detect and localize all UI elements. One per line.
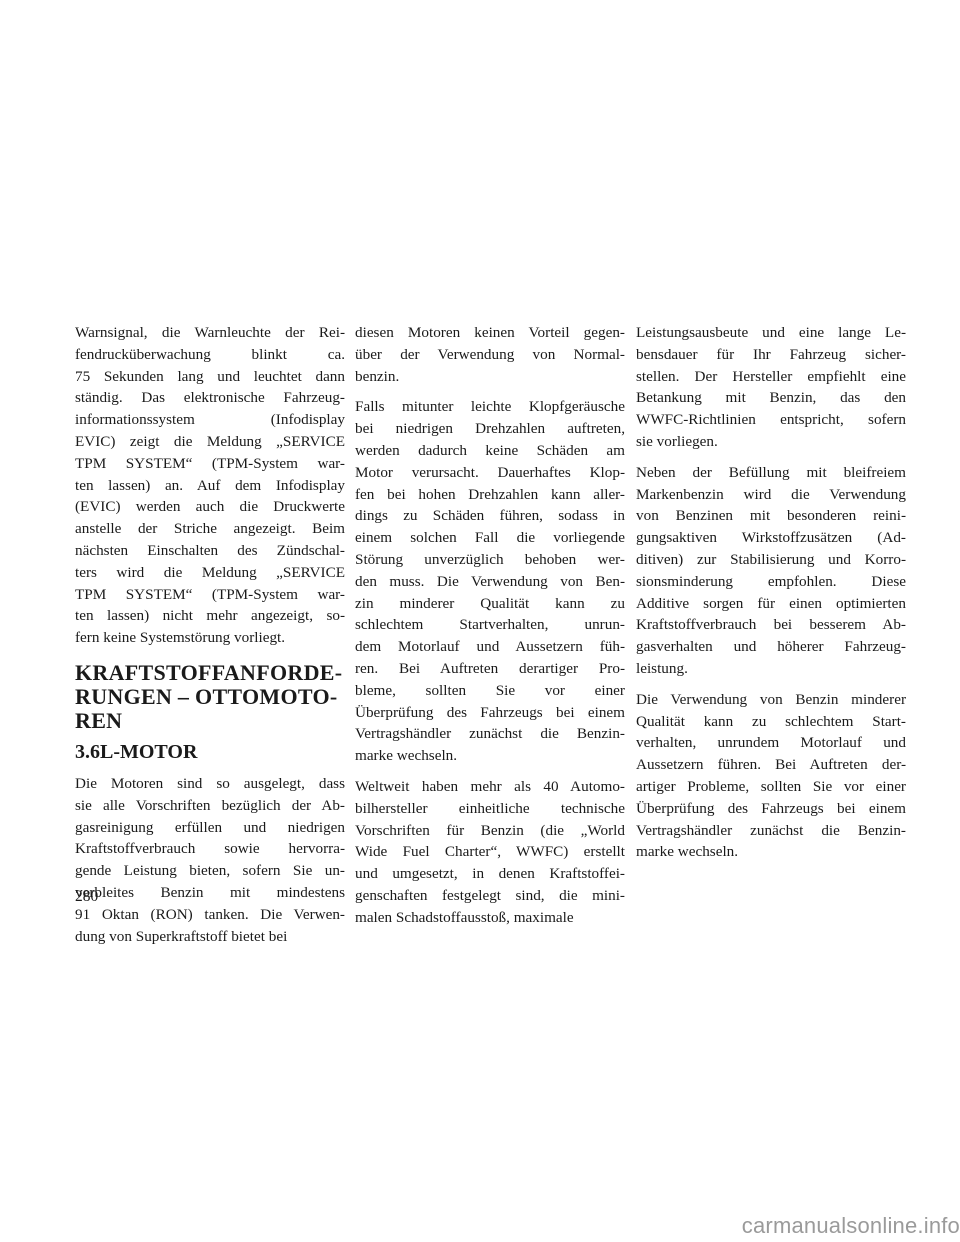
text-line: ditiven) zur Stabilisierung und Korro- [636, 549, 906, 571]
text-line: ten lassen) an. Auf dem Infodisplay [75, 475, 345, 497]
text-line: Die Motoren sind so ausgelegt, dass [75, 773, 345, 795]
text-line: dung von Superkraftstoff bietet bei [75, 926, 345, 948]
paragraph-wwfc: Weltweit haben mehr als 40 Automo-bilher… [355, 776, 625, 929]
text-line: gasverhalten und höherer Fahrzeug- [636, 636, 906, 658]
text-line: Aussetzern führen. Bei Auftreten der- [636, 754, 906, 776]
text-line: Überprüfung des Fahrzeugs bei einem [636, 798, 906, 820]
text-line: TPM SYSTEM“ (TPM-System war- [75, 453, 345, 475]
text-line: fern keine Systemstörung vorliegt. [75, 627, 345, 649]
paragraph-additives: Neben der Befüllung mit bleifreiemMarken… [636, 462, 906, 680]
text-line: dings zu Schäden führen, sodass in [355, 505, 625, 527]
text-line: Additive sorgen für einen optimierten [636, 593, 906, 615]
text-line: nächsten Einschalten des Zündschal- [75, 540, 345, 562]
paragraph-low-quality-fuel: Die Verwendung von Benzin mindererQualit… [636, 689, 906, 863]
text-line: Vorschriften für Benzin (die „World [355, 820, 625, 842]
text-line: werden dadurch keine Schäden am [355, 440, 625, 462]
text-line: gungsaktiven Wirkstoffzusätzen (Ad- [636, 527, 906, 549]
text-line: und umgesetzt, in denen Kraftstoffei- [355, 863, 625, 885]
text-line: anstelle der Striche angezeigt. Beim [75, 518, 345, 540]
text-line: KRAFTSTOFFANFORDE- [75, 661, 345, 685]
text-line: 91 Oktan (RON) tanken. Die Verwen- [75, 904, 345, 926]
text-line: genschaften festgelegt sind, die mini- [355, 885, 625, 907]
text-line: den muss. Die Verwendung von Ben- [355, 571, 625, 593]
page-number: 280 [75, 887, 98, 907]
text-line: einem solchen Fall die vorliegende [355, 527, 625, 549]
text-line: Weltweit haben mehr als 40 Automo- [355, 776, 625, 798]
text-line: dem Motorlauf und Aussetzern füh- [355, 636, 625, 658]
text-line: artiger Probleme, sollten Sie vor einer [636, 776, 906, 798]
text-line: fen bei hohen Drehzahlen kann aller- [355, 484, 625, 506]
text-line: Kraftstoffverbrauch bei besserem Ab- [636, 614, 906, 636]
text-line: WWFC-Richtlinien entspricht, sofern [636, 409, 906, 431]
text-line: Warnsignal, die Warnleuchte der Rei- [75, 322, 345, 344]
watermark-link[interactable]: carmanualsonline.info [742, 1213, 960, 1239]
paragraph-engine-design: Die Motoren sind so ausgelegt, dasssie a… [75, 773, 345, 947]
text-line: über der Verwendung von Normal- [355, 344, 625, 366]
text-line: verbleites Benzin mit mindestens [75, 882, 345, 904]
text-line: stellen. Der Hersteller empfiehlt eine [636, 366, 906, 388]
text-line: schlechtem Startverhalten, unrun- [355, 614, 625, 636]
text-line: Leistungsausbeute und eine lange Le- [636, 322, 906, 344]
text-line: bleme, sollten Sie vor einer [355, 680, 625, 702]
text-line: sionsminderung empfohlen. Diese [636, 571, 906, 593]
subheading-engine: 3.6L-MOTOR [75, 741, 345, 763]
text-line: Qualität kann zu schlechtem Start- [636, 711, 906, 733]
text-line: Kraftstoffverbrauch sowie hervorra- [75, 838, 345, 860]
text-line: Vertragshändler zunächst die Benzin- [636, 820, 906, 842]
text-line: bei niedrigen Drehzahlen auftreten, [355, 418, 625, 440]
text-line: Die Verwendung von Benzin minderer [636, 689, 906, 711]
text-line: von Benzinen mit besonderen reini- [636, 505, 906, 527]
paragraph-premium-fuel: diesen Motoren keinen Vorteil gegen-über… [355, 322, 625, 387]
text-line: Markenbenzin wird die Verwendung [636, 484, 906, 506]
text-line: marke wechseln. [355, 745, 625, 767]
paragraph-tpm-warning: Warnsignal, die Warnleuchte der Rei-fend… [75, 322, 345, 649]
text-line: bensdauer für Ihr Fahrzeug sicher- [636, 344, 906, 366]
text-line: RUNGEN – OTTOMOTO- [75, 685, 345, 709]
text-line: Überprüfung des Fahrzeugs bei einem [355, 702, 625, 724]
text-line: Vertragshändler zunächst die Benzin- [355, 723, 625, 745]
text-line: ten lassen) nicht mehr angezeigt, so- [75, 605, 345, 627]
text-line: malen Schadstoffausstoß, maximale [355, 907, 625, 929]
text-line: Wide Fuel Charter“, WWFC) erstellt [355, 841, 625, 863]
text-line: EVIC) zeigt die Meldung „SERVICE [75, 431, 345, 453]
section-heading-fuel-requirements: KRAFTSTOFFANFORDE-RUNGEN – OTTOMOTO-REN [75, 661, 345, 733]
text-line: verhalten, unrundem Motorlauf und [636, 732, 906, 754]
text-line: Motor verursacht. Dauerhaftes Klop- [355, 462, 625, 484]
text-line: 75 Sekunden lang und leuchtet dann [75, 366, 345, 388]
text-line: leistung. [636, 658, 906, 680]
text-line: Betankung mit Benzin, das den [636, 387, 906, 409]
paragraph-knocking: Falls mitunter leichte Klopfgeräuschebei… [355, 396, 625, 767]
text-line: diesen Motoren keinen Vorteil gegen- [355, 322, 625, 344]
text-line: sie vorliegen. [636, 431, 906, 453]
text-line: bilhersteller einheitliche technische [355, 798, 625, 820]
text-column-3: Leistungsausbeute und eine lange Le-bens… [636, 322, 906, 872]
paragraph-performance: Leistungsausbeute und eine lange Le-bens… [636, 322, 906, 453]
text-line: benzin. [355, 366, 625, 388]
text-line: ren. Bei Auftreten derartiger Pro- [355, 658, 625, 680]
text-column-1: Warnsignal, die Warnleuchte der Rei-fend… [75, 322, 345, 956]
text-line: fendrucküberwachung blinkt ca. [75, 344, 345, 366]
text-line: zin minderer Qualität kann zu [355, 593, 625, 615]
text-line: (EVIC) werden auch die Druckwerte [75, 496, 345, 518]
text-line: gasreinigung erfüllen und niedrigen [75, 817, 345, 839]
text-line: ters wird die Meldung „SERVICE [75, 562, 345, 584]
text-line: informationssystem (Infodisplay [75, 409, 345, 431]
text-line: TPM SYSTEM“ (TPM-System war- [75, 584, 345, 606]
text-line: sie alle Vorschriften bezüglich der Ab- [75, 795, 345, 817]
text-line: REN [75, 709, 345, 733]
text-line: Falls mitunter leichte Klopfgeräusche [355, 396, 625, 418]
text-line: Neben der Befüllung mit bleifreiem [636, 462, 906, 484]
text-line: Störung unverzüglich behoben wer- [355, 549, 625, 571]
text-column-2: diesen Motoren keinen Vorteil gegen-über… [355, 322, 625, 938]
text-line: ständig. Das elektronische Fahrzeug- [75, 387, 345, 409]
text-line: marke wechseln. [636, 841, 906, 863]
text-line: gende Leistung bieten, sofern Sie un- [75, 860, 345, 882]
